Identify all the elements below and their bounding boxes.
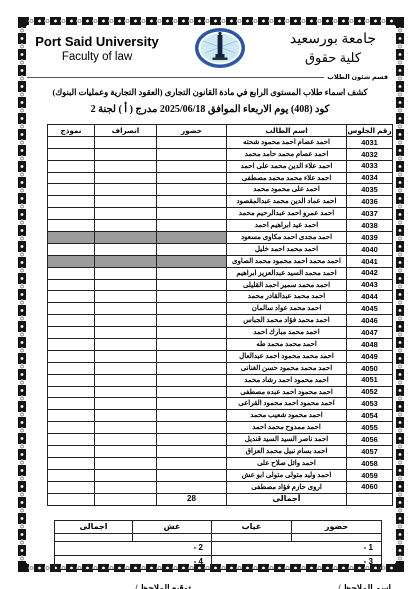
border-corner xyxy=(395,563,404,572)
cell-student-name: احمد مجدى احمد مكاوى مسعود xyxy=(227,232,347,244)
cell-attendance xyxy=(157,374,227,386)
cell-student-name: احمد عصام احمد محمود شحته xyxy=(227,136,347,148)
cell-departure xyxy=(95,291,157,303)
cell-departure xyxy=(95,232,157,244)
cell-seat-number: 4043 xyxy=(347,279,393,291)
attendance-header-row: رقم الجلوس اسم الطالب حضور انصراف نموذج xyxy=(48,125,393,137)
cell-attendance xyxy=(157,196,227,208)
cell-departure xyxy=(95,279,157,291)
cell-form xyxy=(48,291,95,303)
student-row: 4034احمد علاء محمد محمد مصطفى xyxy=(48,172,393,184)
cell-student-name: احمد عيد ابراهيم احمد xyxy=(227,220,347,232)
cell-attendance xyxy=(157,434,227,446)
summary-col-absent: غياب xyxy=(212,520,292,533)
sheet-subtitle: كود (408) يوم الاربعاء الموافق 2025/06/1… xyxy=(27,104,393,115)
cell-attendance xyxy=(157,422,227,434)
student-row: 4038احمد عيد ابراهيم احمد xyxy=(48,220,393,232)
cell-attendance xyxy=(157,362,227,374)
numbered-item-3: 3 - xyxy=(212,555,382,569)
cell-form xyxy=(48,410,95,422)
cell-student-name: احمد محمد عبدالقادر محمد xyxy=(227,291,347,303)
cell-attendance xyxy=(157,469,227,481)
cell-departure xyxy=(95,160,157,172)
border-corner xyxy=(18,17,27,26)
col-attendance: حضور xyxy=(157,125,227,137)
cell-seat-number: 4053 xyxy=(347,398,393,410)
student-row: 4059احمد وليد متولى متولى ابو عش xyxy=(48,469,393,481)
cell-student-name: احمد محمد عواد سالمان xyxy=(227,303,347,315)
cell-attendance xyxy=(157,386,227,398)
cell-form xyxy=(48,279,95,291)
cell-form xyxy=(48,243,95,255)
cell-student-name: احمد وليد متولى متولى ابو عش xyxy=(227,469,347,481)
student-row: 4045احمد محمد عواد سالمان xyxy=(48,303,393,315)
cell-form xyxy=(48,362,95,374)
cell-seat-number: 4052 xyxy=(347,386,393,398)
cell-student-name: احمد محمد السيد عبدالعزيز ابراهيم xyxy=(227,267,347,279)
cell-form xyxy=(48,339,95,351)
cell-departure xyxy=(95,422,157,434)
cell-student-name: احمد محمود احمد محمود القراعى xyxy=(227,398,347,410)
cell-form xyxy=(48,172,95,184)
cell-departure xyxy=(95,148,157,160)
cell-form xyxy=(48,267,95,279)
cell-departure xyxy=(95,386,157,398)
border-right xyxy=(396,17,404,572)
cell-departure xyxy=(95,362,157,374)
cell-departure xyxy=(95,374,157,386)
cell-seat-number: 4034 xyxy=(347,172,393,184)
university-title-en: Port Said University xyxy=(27,34,167,49)
page-content: Port Said University Faculty of law xyxy=(27,24,393,589)
summary-empty-row xyxy=(55,533,382,541)
cell-departure xyxy=(95,136,157,148)
cell-departure xyxy=(95,410,157,422)
cell-seat-number: 4055 xyxy=(347,422,393,434)
cell-attendance xyxy=(157,303,227,315)
cell-student-name: احمد محمد مبارك احمد xyxy=(227,327,347,339)
cell-seat-number: 4032 xyxy=(347,148,393,160)
cell-student-name: احمد علاء الدين محمد على احمد xyxy=(227,160,347,172)
cell-seat-number: 4057 xyxy=(347,446,393,458)
cell-form xyxy=(48,303,95,315)
student-row: 4039احمد مجدى احمد مكاوى مسعود xyxy=(48,232,393,244)
attendance-table-body: 4031احمد عصام احمد محمود شحته4032احمد عص… xyxy=(48,136,393,493)
cell-attendance xyxy=(157,148,227,160)
cell-student-name: احمد محمد محمود احمد عبدالعال xyxy=(227,350,347,362)
cell-form xyxy=(48,136,95,148)
cell-attendance xyxy=(157,291,227,303)
cell-seat-number: 4042 xyxy=(347,267,393,279)
cell-seat-number: 4050 xyxy=(347,362,393,374)
cell-student-name: احمد ناصر السيد السيد قنديل xyxy=(227,434,347,446)
student-row: 4033احمد علاء الدين محمد على احمد xyxy=(48,160,393,172)
cell-student-name: احمد علاء محمد محمد مصطفى xyxy=(227,172,347,184)
cell-departure xyxy=(95,339,157,351)
cell-departure xyxy=(95,446,157,458)
numbered-item-1: 1 - xyxy=(212,541,382,555)
summary-header-row: حضور غياب غش اجمالى xyxy=(55,520,382,533)
cell-seat-number: 4039 xyxy=(347,232,393,244)
cell-seat-number: 4060 xyxy=(347,481,393,493)
cell-student-name: احمد محمد محمد طه xyxy=(227,339,347,351)
cell-student-name: احمد عصام محمد حامد محمد xyxy=(227,148,347,160)
student-row: 4041احمد محمد احمد محمود محمد الصاوى xyxy=(48,255,393,267)
cell-seat-number: 4033 xyxy=(347,160,393,172)
cell-seat-number: 4048 xyxy=(347,339,393,351)
student-row: 4060اروى حازم فؤاد مصطفى xyxy=(48,481,393,493)
cell-form xyxy=(48,457,95,469)
cell-form xyxy=(48,386,95,398)
border-left xyxy=(18,17,26,572)
cell-departure xyxy=(95,350,157,362)
cell-student-name: احمد محمد سمير احمد القليلى xyxy=(227,279,347,291)
cell-departure xyxy=(95,172,157,184)
cell-departure xyxy=(95,208,157,220)
cell-attendance xyxy=(157,398,227,410)
cell-departure xyxy=(95,398,157,410)
summary-table: حضور غياب غش اجمالى 1 - 2 - 3 - 4 - xyxy=(54,520,382,570)
cell-attendance xyxy=(157,255,227,267)
student-row: 4051احمد محمود احمد رشاد محمد xyxy=(48,374,393,386)
cell-form xyxy=(48,196,95,208)
student-row: 4035احمد على محمود محمد xyxy=(48,184,393,196)
cell-form xyxy=(48,208,95,220)
cell-seat-number: 4045 xyxy=(347,303,393,315)
cell-attendance xyxy=(157,232,227,244)
student-row: 4054احمد محمود شعيب محمد xyxy=(48,410,393,422)
cell-form xyxy=(48,148,95,160)
student-row: 4042احمد محمد السيد عبدالعزيز ابراهيم xyxy=(48,267,393,279)
student-row: 4056احمد ناصر السيد السيد قنديل xyxy=(48,434,393,446)
cell-departure xyxy=(95,481,157,493)
total-label: أجمالى xyxy=(227,493,347,505)
university-name-english: Port Said University Faculty of law xyxy=(27,34,167,63)
cell-form xyxy=(48,434,95,446)
cell-form xyxy=(48,446,95,458)
total-seat-cell xyxy=(347,493,393,505)
cell-form xyxy=(48,160,95,172)
border-corner xyxy=(18,563,27,572)
university-title-ar: جامعة بورسعيد xyxy=(273,31,393,48)
cell-departure xyxy=(95,327,157,339)
border-corner xyxy=(395,17,404,26)
faculty-title-en: Faculty of law xyxy=(27,51,167,63)
cell-student-name: احمد عمرو احمد عبدالرحيم محمد xyxy=(227,208,347,220)
cell-attendance xyxy=(157,160,227,172)
attendance-table: رقم الجلوس اسم الطالب حضور انصراف نموذج … xyxy=(47,124,393,506)
numbered-item-2: 2 - xyxy=(55,541,212,555)
cell-attendance xyxy=(157,446,227,458)
cell-form xyxy=(48,350,95,362)
cell-seat-number: 4040 xyxy=(347,243,393,255)
student-row: 4052احمد محمود احمد عبده مصطفى xyxy=(48,386,393,398)
col-departure: انصراف xyxy=(95,125,157,137)
student-row: 4055احمد ممدوح محمد احمد xyxy=(48,422,393,434)
cell-attendance xyxy=(157,315,227,327)
cell-form xyxy=(48,315,95,327)
cell-departure xyxy=(95,196,157,208)
cell-seat-number: 4054 xyxy=(347,410,393,422)
cell-attendance xyxy=(157,220,227,232)
student-row: 4047احمد محمد مبارك احمد xyxy=(48,327,393,339)
summary-col-cheating: غش xyxy=(133,520,212,533)
cell-attendance xyxy=(157,350,227,362)
cell-student-name: احمد محمود احمد رشاد محمد xyxy=(227,374,347,386)
cell-seat-number: 4046 xyxy=(347,315,393,327)
cell-seat-number: 4037 xyxy=(347,208,393,220)
student-row: 4043احمد محمد سمير احمد القليلى xyxy=(48,279,393,291)
cell-departure xyxy=(95,303,157,315)
cell-seat-number: 4051 xyxy=(347,374,393,386)
cell-form xyxy=(48,398,95,410)
total-present-count: 28 xyxy=(157,493,227,505)
summary-numbered-row: 1 - 2 - xyxy=(55,541,382,555)
letterhead: Port Said University Faculty of law xyxy=(27,26,393,70)
cell-attendance xyxy=(157,481,227,493)
footer-signature-line: اسم الملاحظ / توقيع الملاحظ / xyxy=(27,583,393,589)
cell-departure xyxy=(95,267,157,279)
cell-seat-number: 4047 xyxy=(347,327,393,339)
cell-departure xyxy=(95,243,157,255)
cell-form xyxy=(48,374,95,386)
university-name-arabic: جامعة بورسعيد كلية حقوق xyxy=(273,31,393,66)
student-row: 4046احمد محمد فؤاد محمد الجباس xyxy=(48,315,393,327)
student-row: 4058احمد وائل صلاح على xyxy=(48,457,393,469)
cell-seat-number: 4038 xyxy=(347,220,393,232)
cell-student-name: احمد بسام نبيل محمد العزاق xyxy=(227,446,347,458)
cell-attendance xyxy=(157,172,227,184)
cell-seat-number: 4031 xyxy=(347,136,393,148)
col-student-name: اسم الطالب xyxy=(227,125,347,137)
student-row: 4031احمد عصام احمد محمود شحته xyxy=(48,136,393,148)
cell-student-name: احمد محمد احمد خليل xyxy=(227,243,347,255)
student-row: 4044احمد محمد عبدالقادر محمد xyxy=(48,291,393,303)
cell-departure xyxy=(95,255,157,267)
cell-attendance xyxy=(157,136,227,148)
attendance-sheet-page: Port Said University Faculty of law xyxy=(0,0,417,589)
cell-seat-number: 4056 xyxy=(347,434,393,446)
cell-seat-number: 4041 xyxy=(347,255,393,267)
cell-student-name: احمد محمد احمد محمود محمد الصاوى xyxy=(227,255,347,267)
student-row: 4053احمد محمود احمد محمود القراعى xyxy=(48,398,393,410)
cell-attendance xyxy=(157,339,227,351)
cell-form xyxy=(48,255,95,267)
cell-attendance xyxy=(157,327,227,339)
cell-form xyxy=(48,327,95,339)
cell-seat-number: 4044 xyxy=(347,291,393,303)
summary-numbered-row: 3 - 4 - xyxy=(55,555,382,569)
cell-seat-number: 4059 xyxy=(347,469,393,481)
cell-form xyxy=(48,481,95,493)
student-row: 4037احمد عمرو احمد عبدالرحيم محمد xyxy=(48,208,393,220)
cell-seat-number: 4036 xyxy=(347,196,393,208)
student-row: 4032احمد عصام محمد حامد محمد xyxy=(48,148,393,160)
cell-seat-number: 4049 xyxy=(347,350,393,362)
cell-form xyxy=(48,220,95,232)
cell-attendance xyxy=(157,267,227,279)
cell-attendance xyxy=(157,410,227,422)
cell-student-name: احمد وائل صلاح على xyxy=(227,457,347,469)
col-seat-number: رقم الجلوس xyxy=(347,125,393,137)
university-logo-icon xyxy=(194,27,246,69)
observer-name-label: اسم الملاحظ / xyxy=(338,583,391,589)
total-departure-cell xyxy=(95,493,157,505)
cell-form xyxy=(48,184,95,196)
student-row: 4048احمد محمد محمد طه xyxy=(48,339,393,351)
cell-attendance xyxy=(157,184,227,196)
cell-student-name: احمد محمود شعيب محمد xyxy=(227,410,347,422)
cell-form xyxy=(48,232,95,244)
cell-student-name: احمد عماد الدين محمد عبدالمقصود xyxy=(227,196,347,208)
student-row: 4036احمد عماد الدين محمد عبدالمقصود xyxy=(48,196,393,208)
divider-line xyxy=(27,77,324,78)
col-form: نموذج xyxy=(48,125,95,137)
cell-departure xyxy=(95,457,157,469)
cell-departure xyxy=(95,184,157,196)
cell-student-name: احمد محمود احمد عبده مصطفى xyxy=(227,386,347,398)
department-divider: قسم شئون الطلاب xyxy=(27,72,393,82)
faculty-title-ar: كلية حقوق xyxy=(273,50,393,66)
cell-attendance xyxy=(157,457,227,469)
cell-form xyxy=(48,422,95,434)
cell-attendance xyxy=(157,208,227,220)
summary-col-total: اجمالى xyxy=(55,520,133,533)
cell-departure xyxy=(95,434,157,446)
department-label: قسم شئون الطلاب xyxy=(324,73,391,81)
cell-attendance xyxy=(157,279,227,291)
sheet-title: كشف اسماء طلاب المستوى الرابع في مادة ال… xyxy=(27,87,393,97)
total-row: أجمالى 28 xyxy=(48,493,393,505)
student-row: 4057احمد بسام نبيل محمد العزاق xyxy=(48,446,393,458)
numbered-item-4: 4 - xyxy=(55,555,212,569)
cell-student-name: اروى حازم فؤاد مصطفى xyxy=(227,481,347,493)
cell-student-name: احمد على محمود محمد xyxy=(227,184,347,196)
cell-student-name: احمد محمد محمود حسن الغنانى xyxy=(227,362,347,374)
cell-departure xyxy=(95,469,157,481)
observer-signature-label: توقيع الملاحظ / xyxy=(135,583,191,589)
summary-col-present: حضور xyxy=(292,520,382,533)
student-row: 4040احمد محمد احمد خليل xyxy=(48,243,393,255)
cell-seat-number: 4058 xyxy=(347,457,393,469)
cell-student-name: احمد ممدوح محمد احمد xyxy=(227,422,347,434)
student-row: 4050احمد محمد محمود حسن الغنانى xyxy=(48,362,393,374)
cell-seat-number: 4035 xyxy=(347,184,393,196)
student-row: 4049احمد محمد محمود احمد عبدالعال xyxy=(48,350,393,362)
total-form-cell xyxy=(48,493,95,505)
cell-attendance xyxy=(157,243,227,255)
cell-student-name: احمد محمد فؤاد محمد الجباس xyxy=(227,315,347,327)
cell-departure xyxy=(95,220,157,232)
cell-departure xyxy=(95,315,157,327)
cell-form xyxy=(48,469,95,481)
